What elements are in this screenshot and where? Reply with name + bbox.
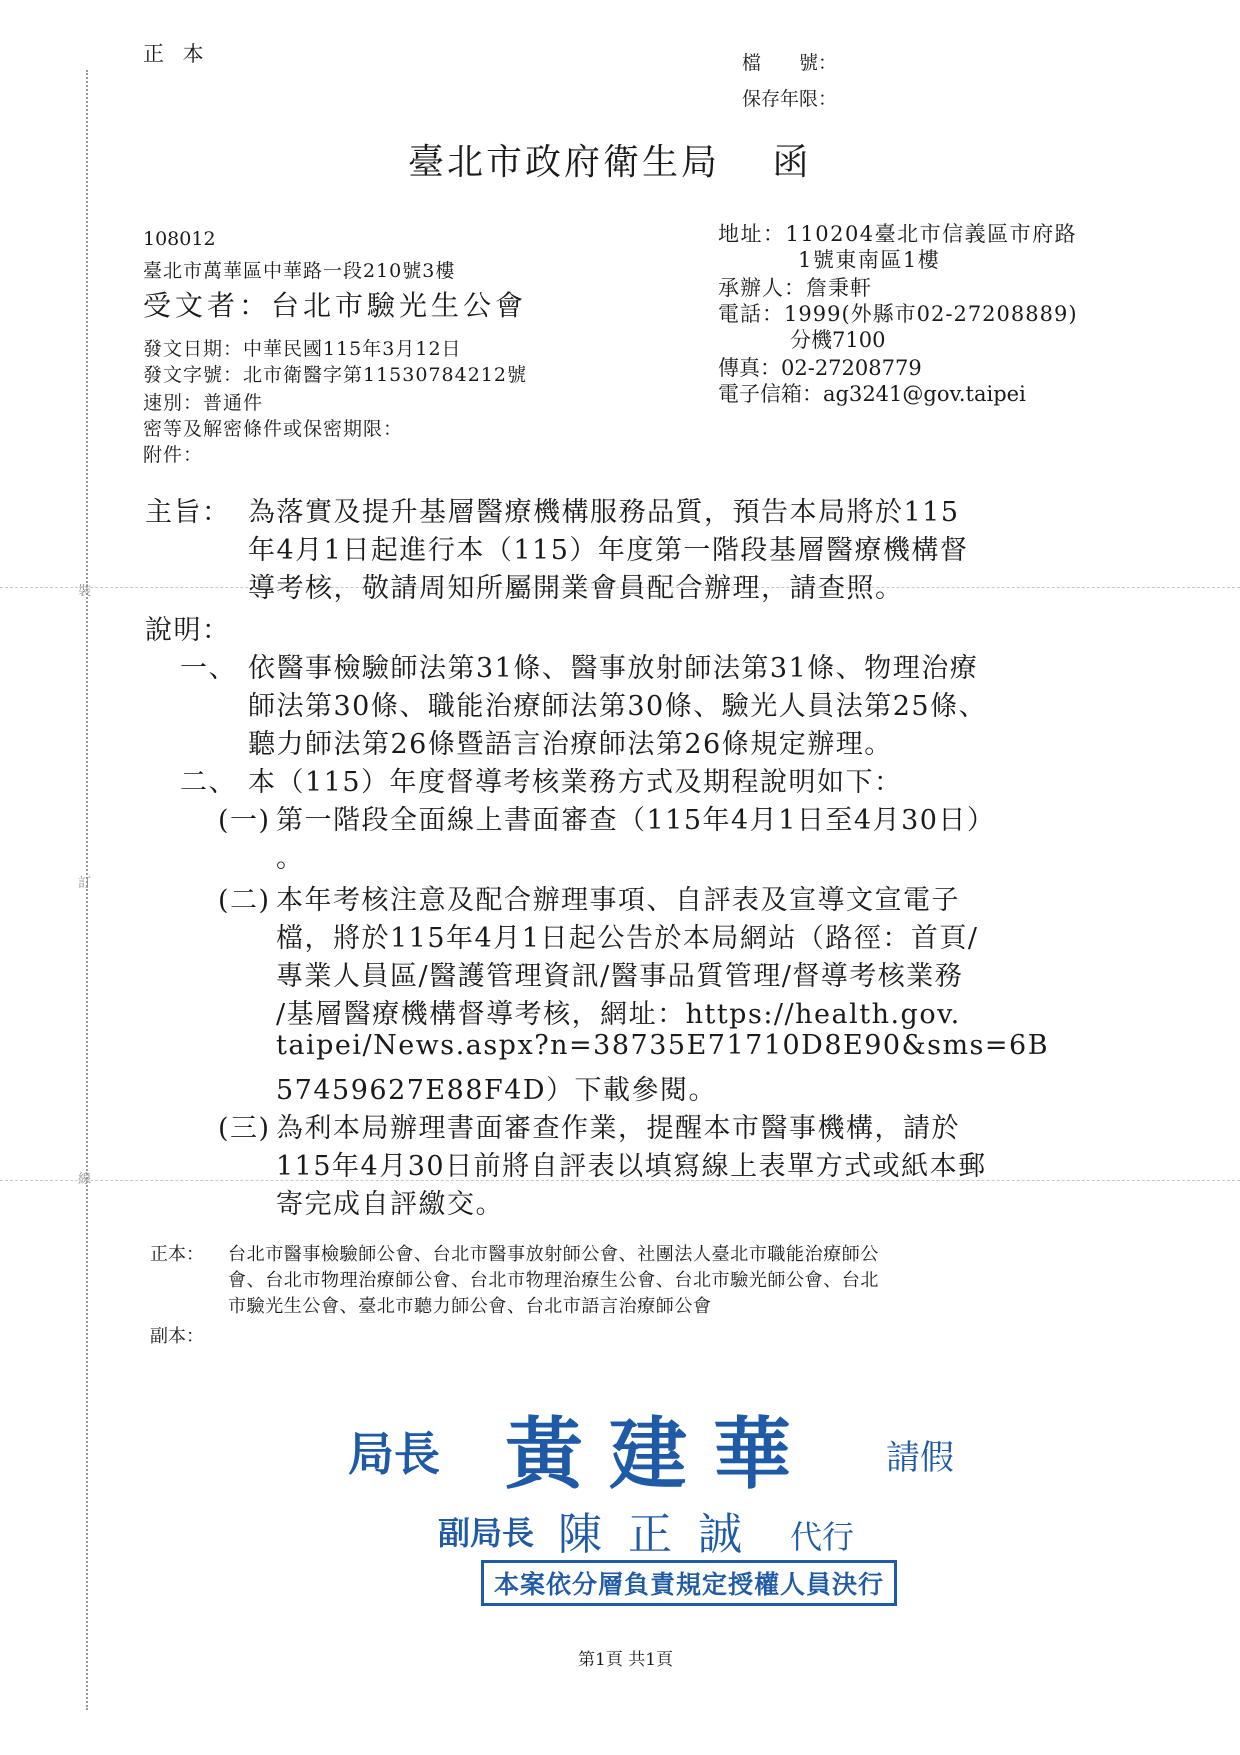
email-address: 電子信箱：ag3241@gov.taipei xyxy=(718,378,1026,408)
director-title: 局長 xyxy=(348,1418,440,1484)
agency-name: 臺北市政府衛生局 xyxy=(408,142,720,183)
sub3-line-3: 寄完成自評繳交。 xyxy=(276,1182,504,1221)
phone-line1: 電話：1999(外縣市02-27208889) xyxy=(718,298,1078,328)
original-recipients-line-1: 台北市醫事檢驗師公會、台北市醫事放射師公會、社團法人臺北市職能治療師公 xyxy=(228,1240,879,1266)
subject-line-3: 導考核，敬請周知所屬開業會員配合辦理，請查照。 xyxy=(248,566,904,605)
binding-mark-xian: 線 xyxy=(78,1168,91,1187)
subject-label: 主旨： xyxy=(145,490,231,529)
explanation-label: 說明： xyxy=(145,608,231,647)
copy-recipients-label: 副本： xyxy=(150,1322,204,1348)
document-type: 函 xyxy=(772,142,811,183)
sub2-line-1: 本年考核注意及配合辦理事項、自評表及宣導文宣電子 xyxy=(276,878,960,917)
deputy-status: 代行 xyxy=(790,1512,854,1558)
item1-line-1: 依醫事檢驗師法第31條、醫事放射師法第31條、物理治療 xyxy=(248,646,978,685)
postal-code: 108012 xyxy=(143,228,216,250)
sub1-line-2: 。 xyxy=(276,836,305,875)
original-recipients-line-3: 市驗光生公會、臺北市聽力師公會、台北市語言治療師公會 xyxy=(228,1292,712,1318)
sub2-line-3: 專業人員區/醫護管理資訊/醫事品質管理/督導考核業務 xyxy=(276,954,963,993)
addressee: 受文者：台北市驗光生公會 xyxy=(143,284,527,324)
sub1-line-1: 第一階段全面線上書面審查（115年4月1日至4月30日） xyxy=(276,798,995,837)
delivery-speed: 速別：普通件 xyxy=(143,388,263,415)
authorization-stamp: 本案依分層負責規定授權人員決行 xyxy=(481,1560,897,1606)
phone-extension: 分機7100 xyxy=(790,324,885,354)
sub2-line-4: /基層醫療機構督導考核，網址：https://health.gov. xyxy=(276,992,961,1031)
subject-line-1: 為落實及提升基層醫療機構服務品質，預告本局將於115 xyxy=(248,490,960,529)
binding-mark-zhuang: 裝 xyxy=(78,580,91,599)
item1-line-2: 師法第30條、職能治療師法第30條、驗光人員法第25條、 xyxy=(248,684,987,723)
retention-period-label: 保存年限： xyxy=(742,84,837,111)
original-recipients-label: 正本： xyxy=(150,1240,204,1266)
binding-mark-ding: 訂 xyxy=(78,872,91,891)
document-title: 臺北市政府衛生局 函 xyxy=(408,134,811,185)
recipient-address: 臺北市萬華區中華路一段210號3樓 xyxy=(143,256,455,283)
secrecy-level: 密等及解密條件或保密期限： xyxy=(143,414,403,441)
file-number-label: 檔 號： xyxy=(742,48,837,75)
sub2-marker: (二) xyxy=(218,878,271,917)
deputy-title: 副局長 xyxy=(438,1508,534,1554)
copy-type-label: 正 本 xyxy=(143,38,210,68)
sub2-line-2: 檔，將於115年4月1日起公告於本局網站（路徑：首頁/ xyxy=(276,916,979,955)
item1-line-3: 聽力師法第26條暨語言治療師法第26條規定辦理。 xyxy=(248,722,893,761)
original-recipients-line-2: 會、台北市物理治療師公會、台北市物理治療生公會、台北市驗光師公會、台北 xyxy=(228,1266,879,1292)
attachments-label: 附件： xyxy=(143,440,203,467)
item1-marker: 一、 xyxy=(180,646,237,685)
document-number: 發文字號：北市衛醫字第11530784212號 xyxy=(143,360,527,387)
issue-date: 發文日期：中華民國115年3月12日 xyxy=(143,334,462,361)
item2-marker: 二、 xyxy=(180,760,237,799)
sub3-line-1: 為利本局辦理書面審查作業，提醒本市醫事機構，請於 xyxy=(276,1106,960,1145)
sub3-marker: (三) xyxy=(218,1106,271,1145)
sub2-line-6: 57459627E88F4D）下載參閱。 xyxy=(276,1068,717,1107)
sub1-marker: (一) xyxy=(218,798,271,837)
director-name-stamp: 黃建華 xyxy=(505,1392,817,1504)
sub3-line-2: 115年4月30日前將自評表以填寫線上表單方式或紙本郵 xyxy=(276,1144,987,1183)
sub2-line-5-url: taipei/News.aspx?n=38735E71710D8E90&sms=… xyxy=(276,1030,1049,1061)
director-status: 請假 xyxy=(886,1430,954,1479)
item2-heading: 本（115）年度督導考核業務方式及期程說明如下： xyxy=(248,760,903,799)
page-number: 第1頁 共1頁 xyxy=(578,1645,673,1670)
issuer-address-line2: 1號東南區1樓 xyxy=(798,244,940,274)
deputy-name: 陳 正 誠 xyxy=(558,1498,748,1562)
subject-line-2: 年4月1日起進行本（115）年度第一階段基層醫療機構督 xyxy=(248,528,968,567)
